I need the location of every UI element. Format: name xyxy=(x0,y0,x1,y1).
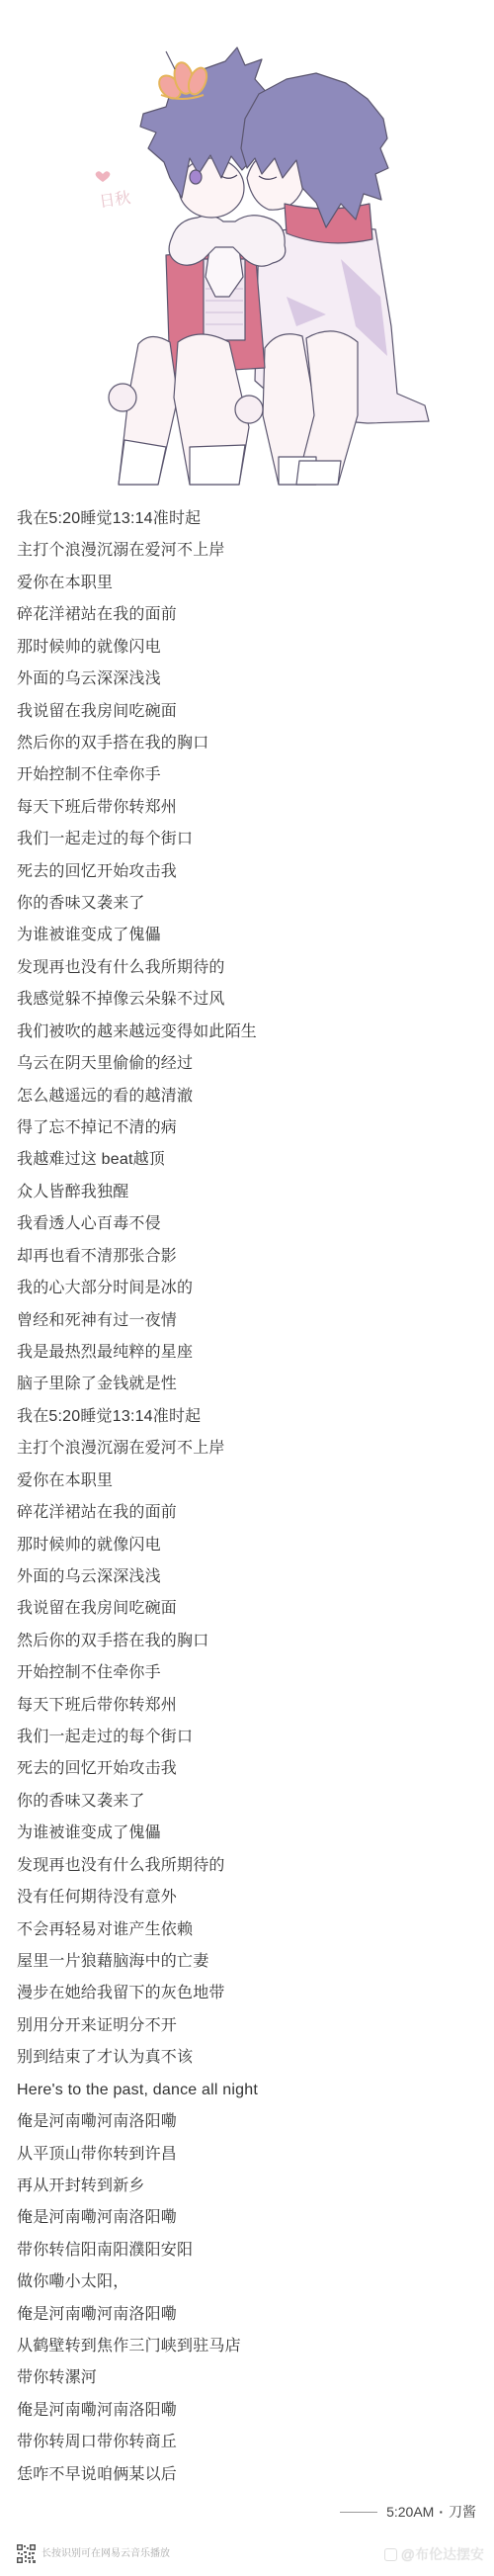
illustration-art: 日秋 xyxy=(0,0,494,494)
lyric-line: 乌云在阴天里偷偷的经过 xyxy=(17,1048,481,1080)
lyric-line: 却再也看不清那张合影 xyxy=(17,1241,481,1273)
lyric-line: 我们一起走过的每个街口 xyxy=(17,824,481,855)
signature-separator: · xyxy=(439,2504,444,2520)
lyric-line: 我越难过这 beat越顶 xyxy=(17,1144,481,1176)
lyric-line: 开始控制不住牵你手 xyxy=(17,759,481,791)
lyric-line: 开始控制不住牵你手 xyxy=(17,1657,481,1689)
lyric-line: 带你转信阳南阳濮阳安阳 xyxy=(17,2235,481,2266)
lyric-line: 主打个浪漫沉溺在爱河不上岸 xyxy=(17,1433,481,1465)
lyric-line: 碎花洋裙站在我的面前 xyxy=(17,599,481,631)
lyric-line: 发现再也没有什么我所期待的 xyxy=(17,952,481,984)
lyric-line: 从平顶山带你转到许昌 xyxy=(17,2139,481,2171)
lyric-line: 爱你在本职里 xyxy=(17,1466,481,1497)
lyric-line: 别用分开来证明分不开 xyxy=(17,2010,481,2042)
lyric-line: 我感觉躲不掉像云朵躲不过风 xyxy=(17,984,481,1016)
lyric-line: 带你转漯河 xyxy=(17,2362,481,2394)
lyric-line: 死去的回忆开始攻击我 xyxy=(17,1753,481,1785)
lyric-line: 然后你的双手搭在我的胸口 xyxy=(17,728,481,759)
lyric-line: 我在5:20睡觉13:14准时起 xyxy=(17,1401,481,1433)
lyric-line: 死去的回忆开始攻击我 xyxy=(17,856,481,888)
lyric-line: 主打个浪漫沉溺在爱河不上岸 xyxy=(17,535,481,567)
lyric-line: 然后你的双手搭在我的胸口 xyxy=(17,1626,481,1657)
lyric-line: 脑子里除了金钱就是性 xyxy=(17,1369,481,1400)
lyric-line: 我是最热烈最纯粹的星座 xyxy=(17,1337,481,1369)
artist-mark: 日秋 xyxy=(98,188,131,211)
watermark: @布伦达摆安 xyxy=(384,2544,484,2564)
lyric-line: 外面的乌云深深浅浅 xyxy=(17,1561,481,1593)
lyric-line: Here's to the past, dance all night xyxy=(17,2075,481,2106)
lyric-line: 从鹤壁转到焦作三门峡到驻马店 xyxy=(17,2331,481,2362)
signature-dash xyxy=(340,2512,377,2513)
lyric-line: 我们一起走过的每个街口 xyxy=(17,1722,481,1753)
lyric-line: 俺是河南嘞河南洛阳嘞 xyxy=(17,2106,481,2138)
lyric-line: 再从开封转到新乡 xyxy=(17,2171,481,2202)
song-signature: 5:20AM · 刀酱 xyxy=(340,2501,476,2523)
lyric-line: 我在5:20睡觉13:14准时起 xyxy=(17,503,481,535)
lyric-line: 恁咋不早说咱俩某以后 xyxy=(17,2459,481,2491)
lyric-line: 俺是河南嘞河南洛阳嘞 xyxy=(17,2395,481,2427)
lyric-line: 曾经和死神有过一夜情 xyxy=(17,1305,481,1337)
lyric-line: 屋里一片狼藉脑海中的亡妻 xyxy=(17,1946,481,1978)
lyric-line: 俺是河南嘞河南洛阳嘞 xyxy=(17,2299,481,2331)
lyric-line: 为谁被谁变成了傀儡 xyxy=(17,1818,481,1849)
lyric-line: 我看透人心百毒不侵 xyxy=(17,1208,481,1240)
lyric-line: 我的心大部分时间是冰的 xyxy=(17,1273,481,1304)
lyrics-block: 我在5:20睡觉13:14准时起 主打个浪漫沉溺在爱河不上岸 爱你在本职里 碎花… xyxy=(17,503,481,2491)
lyric-line: 每天下班后带你转郑州 xyxy=(17,792,481,824)
cover-illustration: 日秋 xyxy=(0,0,494,494)
lyric-line: 外面的乌云深深浅浅 xyxy=(17,664,481,695)
lyric-line: 为谁被谁变成了傀儡 xyxy=(17,920,481,951)
lyric-line: 带你转周口带你转商丘 xyxy=(17,2427,481,2458)
lyric-line: 众人皆醉我独醒 xyxy=(17,1177,481,1208)
qr-hint-text: 长按识别可在网易云音乐播放 xyxy=(41,2548,170,2560)
qr-code-icon[interactable] xyxy=(17,2544,36,2563)
lyric-line: 没有任何期待没有意外 xyxy=(17,1882,481,1913)
lyric-line: 爱你在本职里 xyxy=(17,568,481,599)
lyric-line: 每天下班后带你转郑州 xyxy=(17,1690,481,1722)
lyric-line: 做你嘞小太阳， xyxy=(17,2266,481,2298)
lyric-line: 碎花洋裙站在我的面前 xyxy=(17,1497,481,1529)
watermark-text: @布伦达摆安 xyxy=(401,2544,484,2564)
lyric-line: 不会再轻易对谁产生依赖 xyxy=(17,1914,481,1946)
lyric-line: 俺是河南嘞河南洛阳嘞 xyxy=(17,2202,481,2234)
lyric-line: 我们被吹的越来越远变得如此陌生 xyxy=(17,1017,481,1048)
signature-time: 5:20AM xyxy=(386,2504,434,2520)
lyric-line: 别到结束了才认为真不该 xyxy=(17,2042,481,2074)
lyric-line: 我说留在我房间吃碗面 xyxy=(17,696,481,728)
lyric-line: 怎么越遥远的看的越清澈 xyxy=(17,1081,481,1112)
lyric-line: 发现再也没有什么我所期待的 xyxy=(17,1850,481,1882)
lyric-line: 那时候帅的就像闪电 xyxy=(17,632,481,664)
lyric-line: 得了忘不掉记不清的病 xyxy=(17,1112,481,1144)
lyric-line: 你的香味又袭来了 xyxy=(17,1786,481,1818)
lyric-line: 那时候帅的就像闪电 xyxy=(17,1530,481,1561)
watermark-logo-icon xyxy=(384,2548,397,2561)
lyric-line: 漫步在她给我留下的灰色地带 xyxy=(17,1978,481,2009)
lyric-line: 我说留在我房间吃碗面 xyxy=(17,1593,481,1625)
signature-author: 刀酱 xyxy=(449,2502,476,2522)
lyric-line: 你的香味又袭来了 xyxy=(17,888,481,920)
